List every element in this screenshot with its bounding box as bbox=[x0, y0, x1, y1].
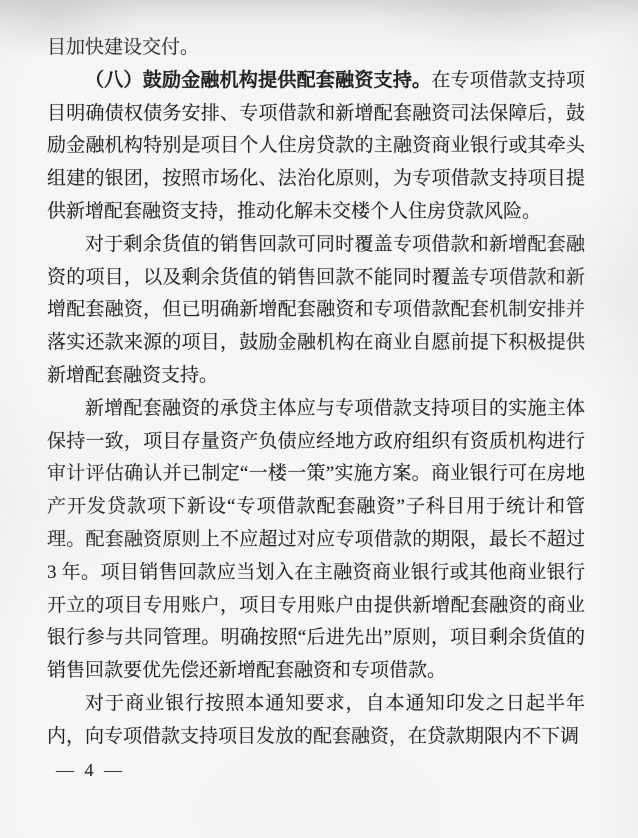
section-heading: （八）鼓励金融机构提供配套融资支持。 bbox=[85, 70, 431, 91]
paragraph-text: 新增配套融资的承贷主体应与专项借款支持项目的实施主体保持一致，项目存量资产负债应… bbox=[47, 398, 585, 681]
paragraph-text: 对于剩余货值的销售回款可同时覆盖专项借款和新增配套融资的项目，以及剩余货值的销售… bbox=[47, 234, 585, 386]
scanned-document-page: 目加快建设交付。 （八）鼓励金融机构提供配套融资支持。在专项借款支持项目明确债权… bbox=[0, 0, 638, 838]
page-number: — 4 — bbox=[56, 760, 125, 781]
paragraph-text: 对于商业银行按照本通知要求，自本通知印发之日起半年内，向专项借款支持项目发放的配… bbox=[47, 693, 585, 747]
paragraph-loan-management: 新增配套融资的承贷主体应与专项借款支持项目的实施主体保持一致，项目存量资产负债应… bbox=[47, 393, 585, 688]
paragraph-continuation: 目加快建设交付。 bbox=[47, 32, 585, 65]
document-text-block: 目加快建设交付。 （八）鼓励金融机构提供配套融资支持。在专项借款支持项目明确债权… bbox=[47, 32, 585, 754]
paragraph-text: 在专项借款支持项目明确债权债务安排、专项借款和新增配套融资司法保障后，鼓励金融机… bbox=[47, 70, 585, 222]
paragraph-section-eight: （八）鼓励金融机构提供配套融资支持。在专项借款支持项目明确债权债务安排、专项借款… bbox=[47, 65, 585, 229]
paragraph-text: 目加快建设交付。 bbox=[47, 37, 199, 58]
paragraph-sales-proceeds: 对于剩余货值的销售回款可同时覆盖专项借款和新增配套融资的项目，以及剩余货值的销售… bbox=[47, 229, 585, 393]
paragraph-bank-requirements: 对于商业银行按照本通知要求，自本通知印发之日起半年内，向专项借款支持项目发放的配… bbox=[47, 688, 585, 754]
